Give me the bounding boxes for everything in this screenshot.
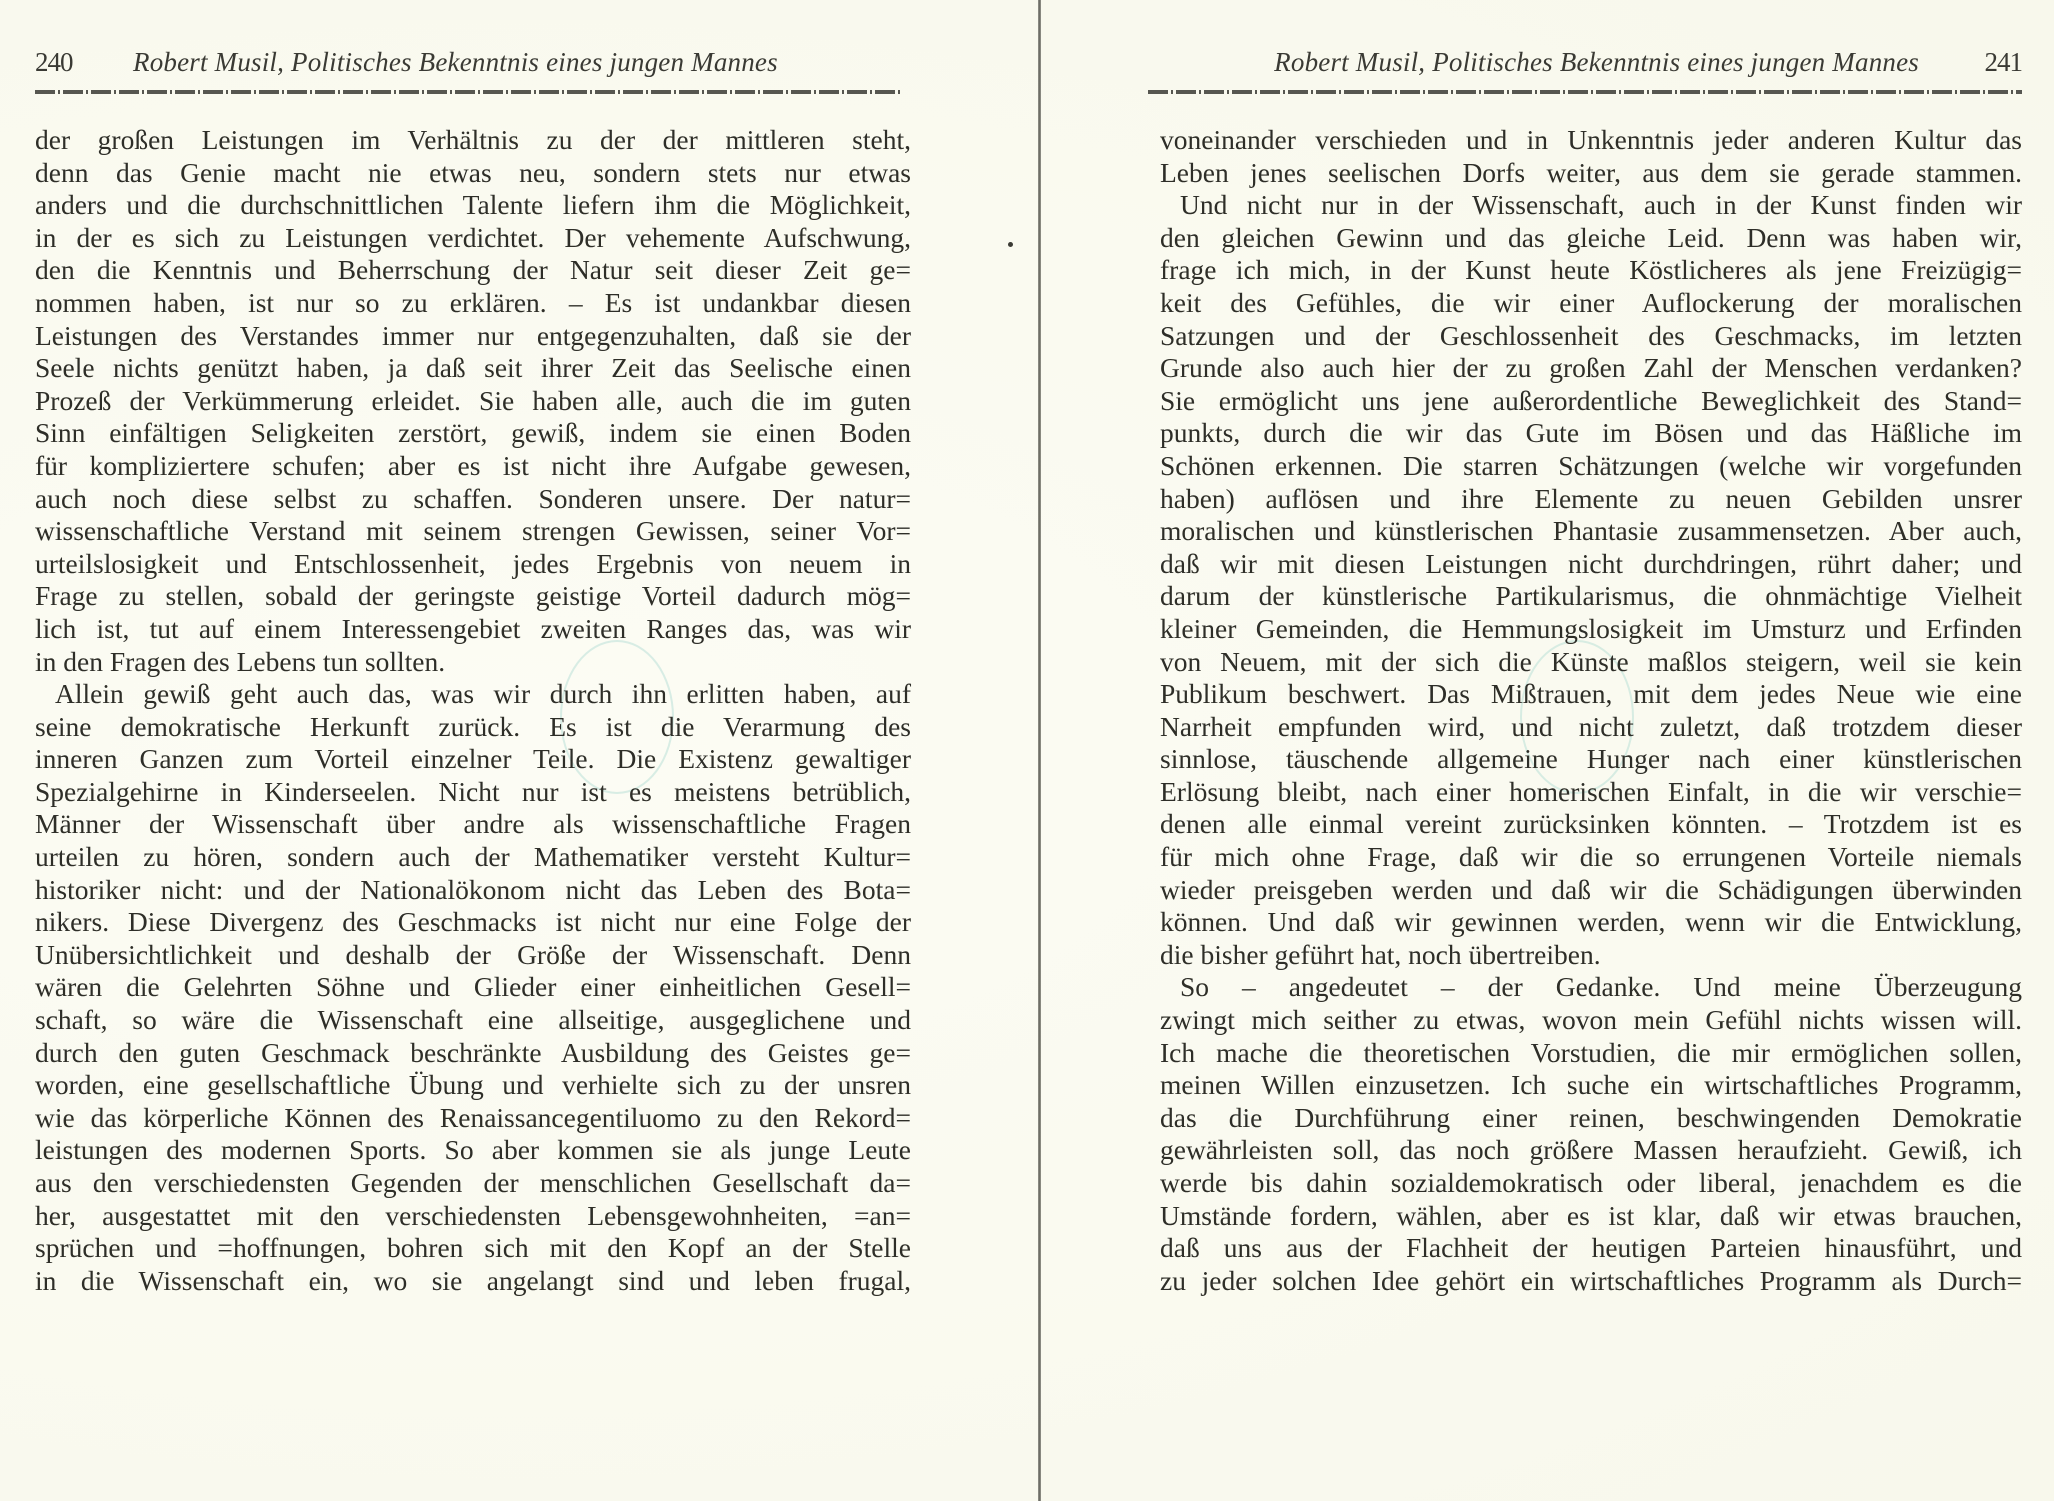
- text-line: darum der künstlerische Partikularismus,…: [1160, 580, 2022, 613]
- text-line: werde bis dahin sozialdemokratisch oder …: [1160, 1167, 2022, 1200]
- header-ornamental-rule: [1148, 90, 2022, 94]
- text-line: denen alle einmal vereint zurücksinken k…: [1160, 808, 2022, 841]
- text-line: wieder preisgeben werden und daß wir die…: [1160, 874, 2022, 907]
- text-line: aus den verschiedensten Gegenden der men…: [35, 1167, 911, 1200]
- text-line: für kompliziertere schufen; aber es ist …: [35, 450, 911, 483]
- text-line: Ich mache die theoretischen Vorstudien, …: [1160, 1037, 2022, 1070]
- text-line: inneren Ganzen zum Vorteil einzelner Tei…: [35, 743, 911, 776]
- book-spine-gutter: [1038, 0, 1041, 1501]
- book-spread: 240 Robert Musil, Politisches Bekenntnis…: [0, 0, 2054, 1501]
- right-page: Robert Musil, Politisches Bekenntnis ein…: [1160, 0, 2022, 1501]
- text-line: meinen Willen einzusetzen. Ich suche ein…: [1160, 1069, 2022, 1102]
- text-line: Unübersichtlichkeit und deshalb der Größ…: [35, 939, 911, 972]
- text-line: gewährleisten soll, das noch größere Mas…: [1160, 1134, 2022, 1167]
- text-line: schaft, so wäre die Wissenschaft eine al…: [35, 1004, 911, 1037]
- text-line: in die Wissenschaft ein, wo sie angelang…: [35, 1265, 911, 1298]
- text-line: nikers. Diese Divergenz des Geschmacks i…: [35, 906, 911, 939]
- text-line: Spezialgehirne in Kinderseelen. Nicht nu…: [35, 776, 911, 809]
- text-line: in den Fragen des Lebens tun sollten.: [35, 646, 911, 679]
- header-ornamental-rule: [35, 90, 903, 94]
- ink-speck: [1008, 242, 1013, 247]
- text-line: die bisher geführt hat, noch übertreiben…: [1160, 939, 2022, 972]
- text-line: Prozeß der Verkümmerung erleidet. Sie ha…: [35, 385, 911, 418]
- running-header: Robert Musil, Politisches Bekenntnis ein…: [1160, 44, 2022, 80]
- text-line: Erlösung bleibt, nach einer homerischen …: [1160, 776, 2022, 809]
- text-line: wären die Gelehrten Söhne und Glieder ei…: [35, 971, 911, 1004]
- text-line: Leben jenes seelischen Dorfs weiter, aus…: [1160, 157, 2022, 190]
- text-line: Seele nichts genützt haben, ja daß seit …: [35, 352, 911, 385]
- text-line: leistungen des modernen Sports. So aber …: [35, 1134, 911, 1167]
- text-line: anders und die durchschnittlichen Talent…: [35, 189, 911, 222]
- left-page: 240 Robert Musil, Politisches Bekenntnis…: [35, 0, 911, 1501]
- text-line: Männer der Wissenschaft über andre als w…: [35, 808, 911, 841]
- text-line: Sinn einfältigen Seligkeiten zerstört, g…: [35, 417, 911, 450]
- page-body-text: voneinander verschieden und in Unkenntni…: [1160, 124, 2022, 1297]
- text-line: Narrheit empfunden wird, und nicht zulet…: [1160, 711, 2022, 744]
- running-header: 240 Robert Musil, Politisches Bekenntnis…: [35, 44, 911, 80]
- text-line: Leistungen des Verstandes immer nur entg…: [35, 320, 911, 353]
- text-line: zwingt mich seither zu etwas, wovon mein…: [1160, 1004, 2022, 1037]
- text-line: punkts, durch die wir das Gute im Bösen …: [1160, 417, 2022, 450]
- text-line: worden, eine gesellschaftliche Übung und…: [35, 1069, 911, 1102]
- text-line: in der es sich zu Leistungen verdichtet.…: [35, 222, 911, 255]
- page-body-text: der großen Leistungen im Verhältnis zu d…: [35, 124, 911, 1297]
- text-line: daß uns aus der Flachheit der heutigen P…: [1160, 1232, 2022, 1265]
- text-line: den gleichen Gewinn und das gleiche Leid…: [1160, 222, 2022, 255]
- paragraph-start-line: Und nicht nur in der Wissenschaft, auch …: [1160, 189, 2022, 222]
- text-line: sinnlose, täuschende allgemeine Hunger n…: [1160, 743, 2022, 776]
- text-line: sprüchen und =hoffnungen, bohren sich mi…: [35, 1232, 911, 1265]
- text-line: den die Kenntnis und Beherrschung der Na…: [35, 254, 911, 287]
- page-number: 240: [35, 44, 73, 80]
- text-line: frage ich mich, in der Kunst heute Köstl…: [1160, 254, 2022, 287]
- text-line: Frage zu stellen, sobald der geringste g…: [35, 580, 911, 613]
- text-line: denn das Genie macht nie etwas neu, sond…: [35, 157, 911, 190]
- text-line: auch noch diese selbst zu schaffen. Sond…: [35, 483, 911, 516]
- text-line: wie das körperliche Können des Renaissan…: [35, 1102, 911, 1135]
- text-line: haben) auflösen und ihre Elemente zu neu…: [1160, 483, 2022, 516]
- text-line: durch den guten Geschmack beschränkte Au…: [35, 1037, 911, 1070]
- text-line: urteilen zu hören, sondern auch der Math…: [35, 841, 911, 874]
- text-line: von Neuem, mit der sich die Künste maßlo…: [1160, 646, 2022, 679]
- paragraph-start-line: So – angedeutet – der Gedanke. Und meine…: [1160, 971, 2022, 1004]
- text-line: Umstände fordern, wählen, aber es ist kl…: [1160, 1200, 2022, 1233]
- text-line: wissenschaftliche Verstand mit seinem st…: [35, 515, 911, 548]
- text-line: her, ausgestattet mit den verschiedenste…: [35, 1200, 911, 1233]
- page-number: 241: [1985, 44, 2023, 80]
- running-head-title: Robert Musil, Politisches Bekenntnis ein…: [1274, 44, 1919, 80]
- text-line: daß wir mit diesen Leistungen nicht durc…: [1160, 548, 2022, 581]
- text-line: Grunde also auch hier der zu großen Zahl…: [1160, 352, 2022, 385]
- text-line: der großen Leistungen im Verhältnis zu d…: [35, 124, 911, 157]
- text-line: Satzungen und der Geschlossenheit des Ge…: [1160, 320, 2022, 353]
- text-line: kleiner Gemeinden, die Hemmungslosigkeit…: [1160, 613, 2022, 646]
- text-line: moralischen und künstlerischen Phantasie…: [1160, 515, 2022, 548]
- paragraph-start-line: Allein gewiß geht auch das, was wir durc…: [35, 678, 911, 711]
- text-line: Schönen erkennen. Die starren Schätzunge…: [1160, 450, 2022, 483]
- running-head-title: Robert Musil, Politisches Bekenntnis ein…: [133, 44, 778, 80]
- text-line: können. Und daß wir gewinnen werden, wen…: [1160, 906, 2022, 939]
- text-line: zu jeder solchen Idee gehört ein wirtsch…: [1160, 1265, 2022, 1298]
- text-line: das die Durchführung einer reinen, besch…: [1160, 1102, 2022, 1135]
- text-line: voneinander verschieden und in Unkenntni…: [1160, 124, 2022, 157]
- text-line: seine demokratische Herkunft zurück. Es …: [35, 711, 911, 744]
- text-line: für mich ohne Frage, daß wir die so erru…: [1160, 841, 2022, 874]
- text-line: lich ist, tut auf einem Interessengebiet…: [35, 613, 911, 646]
- text-line: Publikum beschwert. Das Mißtrauen, mit d…: [1160, 678, 2022, 711]
- text-line: Sie ermöglicht uns jene außerordentliche…: [1160, 385, 2022, 418]
- text-line: historiker nicht: und der Nationalökonom…: [35, 874, 911, 907]
- text-line: nommen haben, ist nur so zu erklären. – …: [35, 287, 911, 320]
- text-line: keit des Gefühles, die wir einer Auflock…: [1160, 287, 2022, 320]
- text-line: urteilslosigkeit und Entschlossenheit, j…: [35, 548, 911, 581]
